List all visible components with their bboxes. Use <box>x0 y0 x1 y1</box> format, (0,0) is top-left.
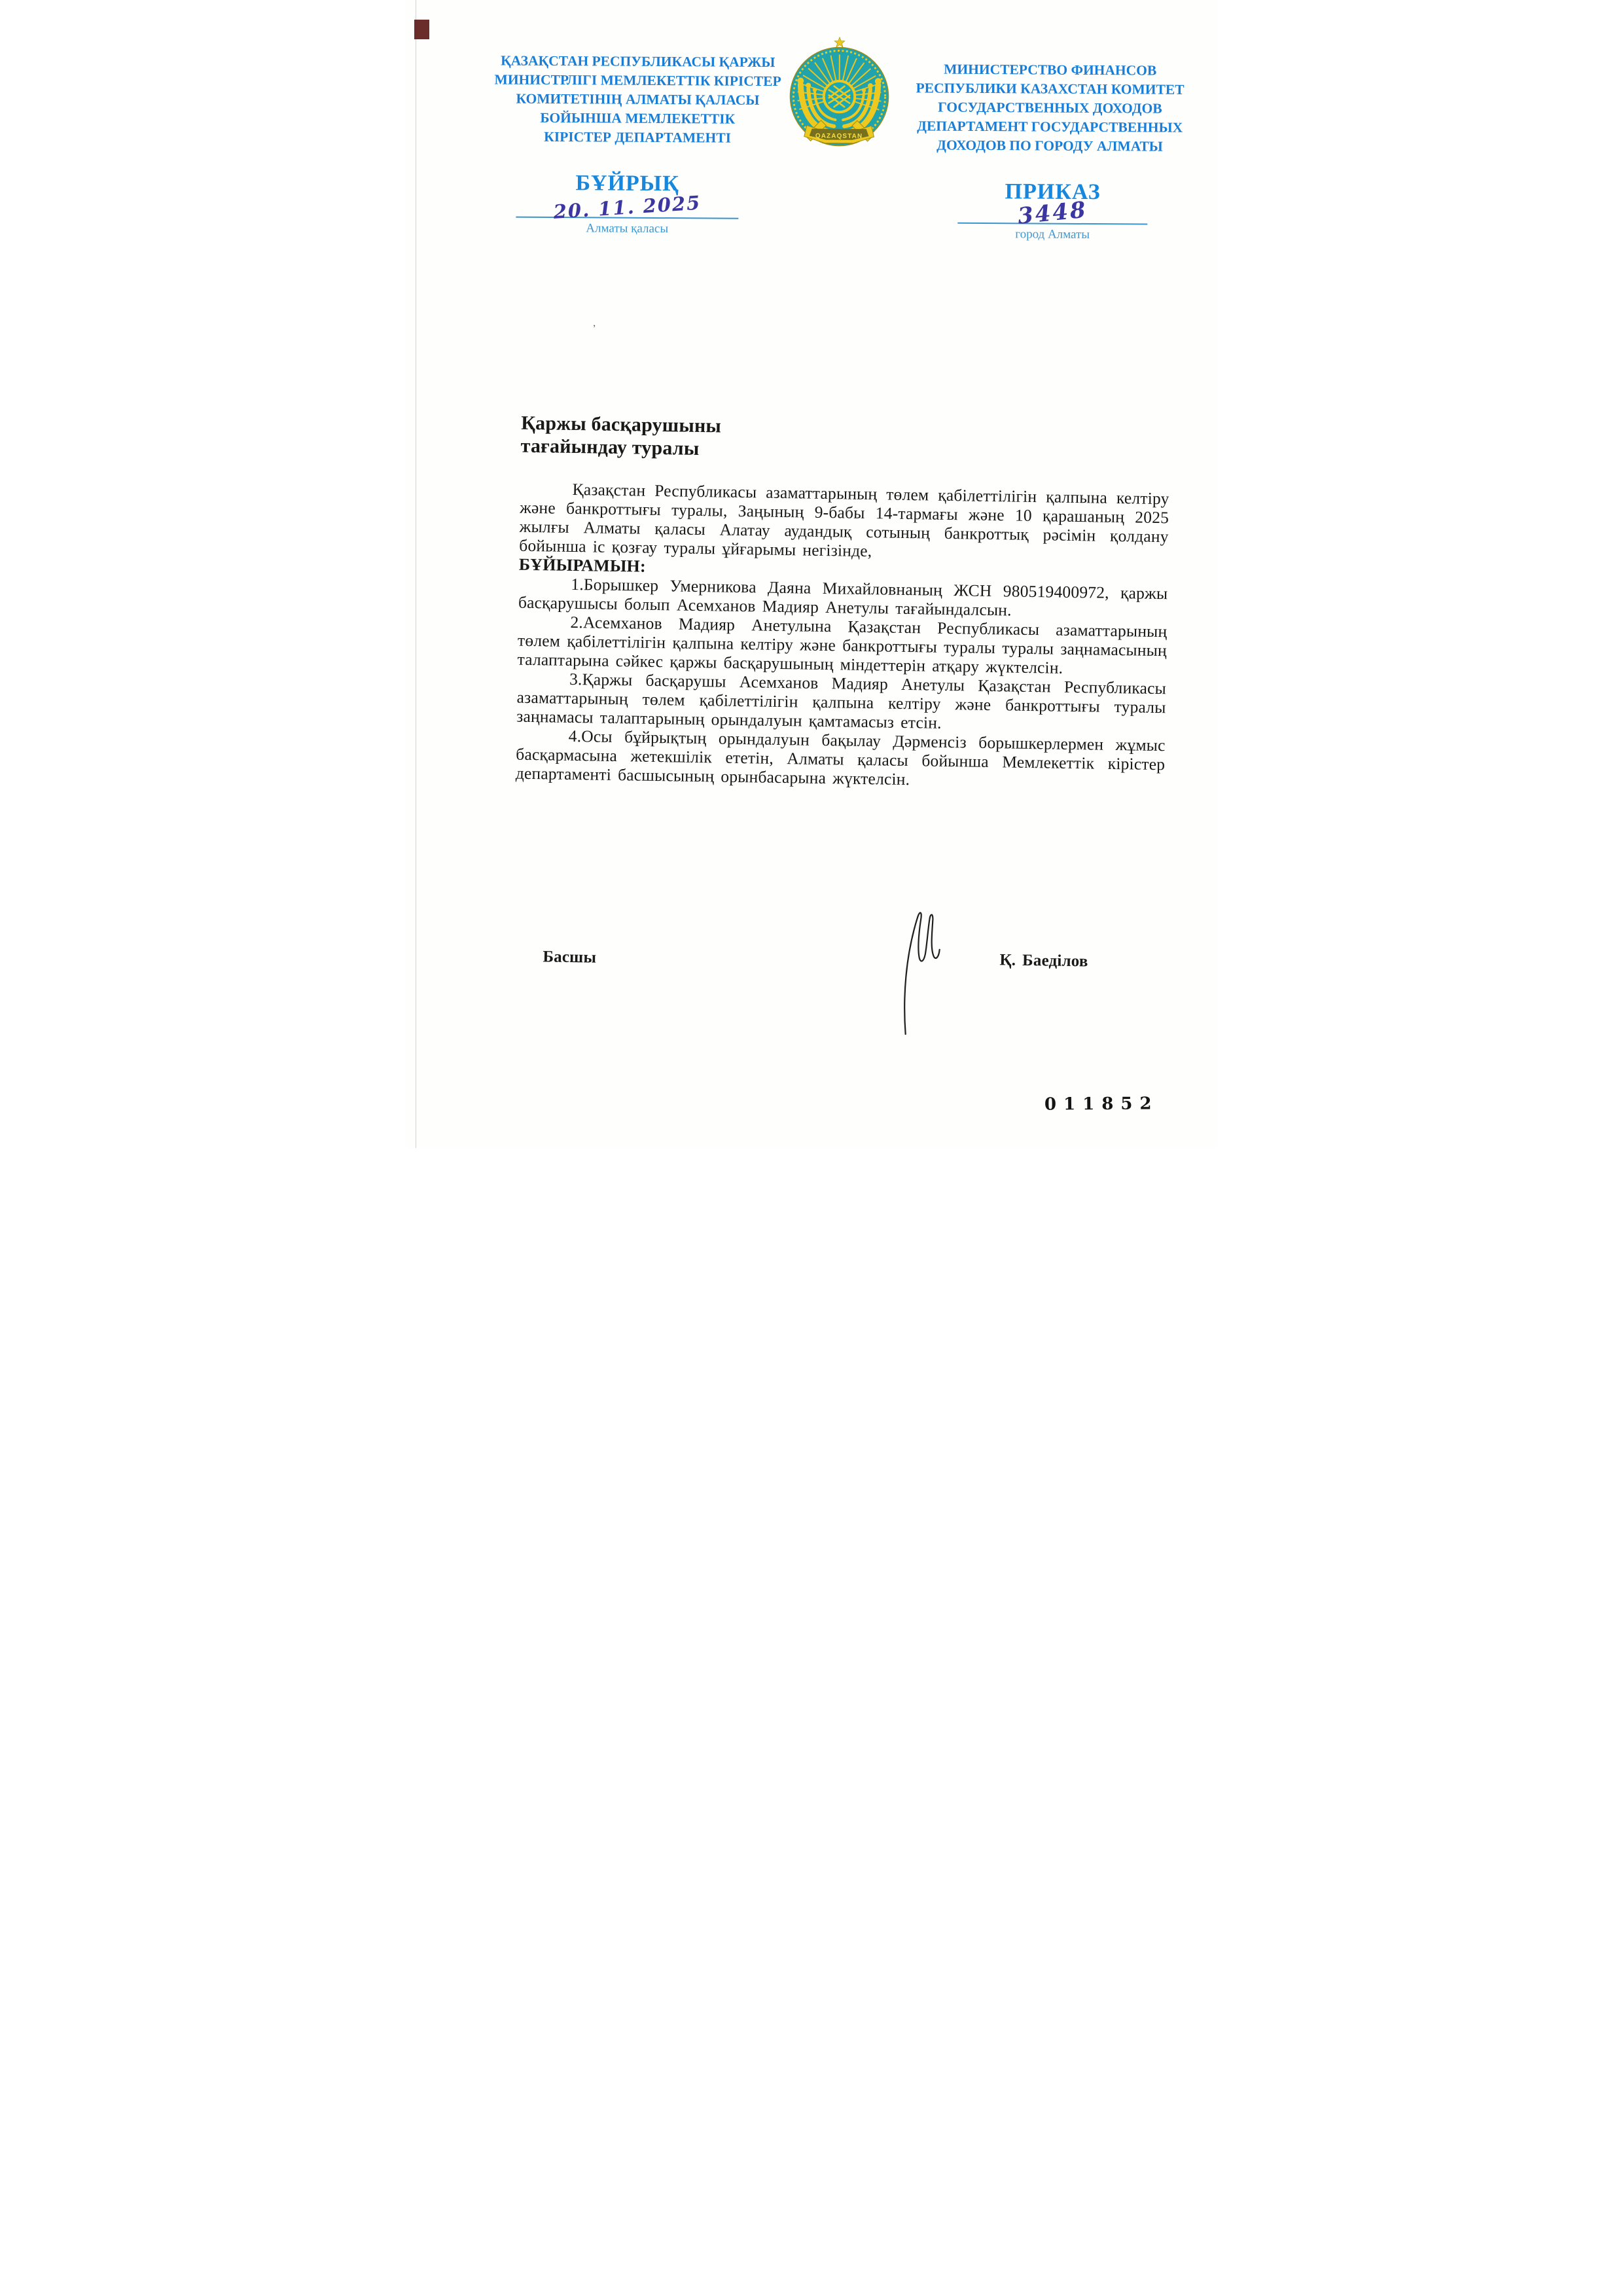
org-name-kk-line: БОЙЫНША МЕМЛЕКЕТТІК <box>482 108 793 129</box>
org-name-kk-line: КІРІСТЕР ДЕПАРТАМЕНТІ <box>482 127 793 148</box>
org-name-kk-line: КОМИТЕТІНІҢ АЛМАТЫ ҚАЛАСЫ <box>482 89 793 110</box>
org-name-kk-line: МИНИСТРЛІГІ МЕМЛЕКЕТТІК КІРІСТЕР <box>483 70 793 91</box>
scanned-order-document: ҚАЗАҚСТАН РЕСПУБЛИКАСЫ ҚАРЖЫ МИНИСТРЛІГІ… <box>406 0 1217 1148</box>
document-title: Қаржы басқарушыны тағайындау туралы <box>520 412 1170 468</box>
signatory-name: Қ. Баеділов <box>999 950 1088 971</box>
place-label-kk: Алматы қаласы <box>516 221 738 237</box>
handwritten-signature <box>897 908 954 1037</box>
emblem-shanyrak <box>824 81 855 113</box>
stray-pen-mark: ’ <box>592 323 597 335</box>
preamble-paragraph: Қазақстан Республикасы азаматтарының төл… <box>519 479 1169 565</box>
order-heading-kazakh: БҰЙРЫҚ 20. 11. 2025 Алматы қаласы <box>516 171 739 237</box>
emblem-star-icon <box>834 37 845 47</box>
org-name-ru-line: МИНИСТЕРСТВО ФИНАНСОВ <box>907 60 1194 81</box>
document-content: ҚАЗАҚСТАН РЕСПУБЛИКАСЫ ҚАРЖЫ МИНИСТРЛІГІ… <box>406 0 1217 1148</box>
org-name-kk-line: ҚАЗАҚСТАН РЕСПУБЛИКАСЫ ҚАРЖЫ <box>483 51 793 72</box>
org-name-ru-line: ДЕПАРТАМЕНТ ГОСУДАРСТВЕННЫХ <box>906 117 1193 137</box>
order-item-2: 2.Асемханов Мадияр Анетулына Қазақстан Р… <box>517 612 1167 679</box>
org-name-russian: МИНИСТЕРСТВО ФИНАНСОВ РЕСПУБЛИКИ КАЗАХСТ… <box>906 60 1194 156</box>
order-item-4: 4.Осы бұйрықтың орындалуын бақылау Дәрме… <box>516 726 1166 793</box>
form-serial-number: 011852 <box>1044 1094 1159 1114</box>
kazakhstan-state-emblem-icon: QAZAQSTAN <box>787 33 891 147</box>
order-body: Қаржы басқарушыны тағайындау туралы Қаза… <box>516 412 1171 793</box>
order-heading-russian: ПРИКАЗ 3448 город Алматы <box>957 179 1148 243</box>
order-item-3: 3.Қаржы басқарушы Асемханов Мадияр Анету… <box>516 669 1166 736</box>
org-name-kazakh: ҚАЗАҚСТАН РЕСПУБЛИКАСЫ ҚАРЖЫ МИНИСТРЛІГІ… <box>482 51 793 148</box>
org-name-ru-line: РЕСПУБЛИКИ КАЗАХСТАН КОМИТЕТ <box>906 79 1193 99</box>
org-name-ru-line: ДОХОДОВ ПО ГОРОДУ АЛМАТЫ <box>906 135 1193 156</box>
emblem-banner-text: QAZAQSTAN <box>815 133 863 140</box>
signatory-position-label: Басшы <box>543 947 596 967</box>
org-name-ru-line: ГОСУДАРСТВЕННЫХ ДОХОДОВ <box>906 98 1193 118</box>
